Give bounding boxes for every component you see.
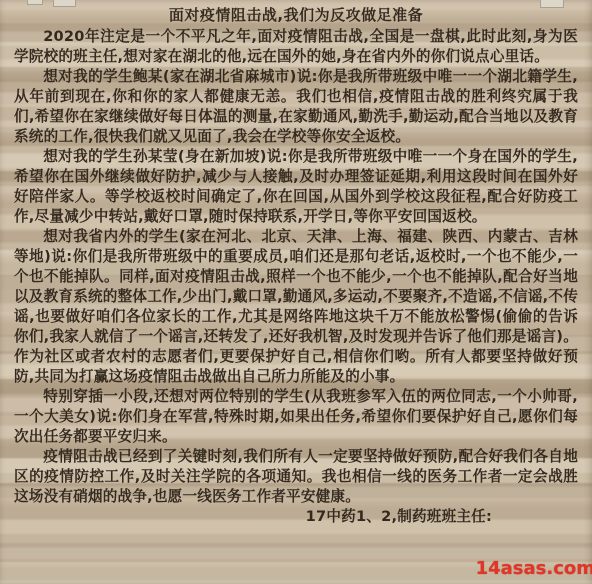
paragraph-closing: 疫情阻击战已经到了关键时刻,我们所有人一定要坚持做好预防,配合好我们各自地区的疫… xyxy=(14,447,578,507)
paragraph-students-military: 特别穿插一小段,还想对两位特别的学生(从我班参军入伍的两位同志,一个小帅哥,一个… xyxy=(14,387,578,447)
paragraph-student-singapore: 想对我的学生孙某莹(身在新加坡)说:你是我所带班级中唯一一个身在国外的学生,希望… xyxy=(14,147,578,227)
paragraph-student-hubei: 想对我的学生鲍某(家在湖北省麻城市)说:你是我所带班级中唯一一个湖北籍学生,从年… xyxy=(14,67,578,147)
paragraph-intro: 2020年注定是一个不平凡之年,面对疫情阻击战,全国是一盘棋,此时此刻,身为医学… xyxy=(14,27,578,67)
signature-text: 17中药1、2,制药班班主任: xyxy=(306,508,492,525)
page-edge-tab xyxy=(53,0,76,7)
paragraph-students-provinces: 想对我省内外的学生(家在河北、北京、天津、上海、福建、陕西、内蒙古、吉林等地)说… xyxy=(14,227,578,387)
scanned-letter-page: 面对疫情阻击战,我们为反攻做足准备 2020年注定是一个不平凡之年,面对疫情阻击… xyxy=(0,0,592,584)
document-title: 面对疫情阻击战,我们为反攻做足准备 xyxy=(14,5,578,25)
watermark-text: 14asas.com xyxy=(476,558,592,579)
signature-line: 17中药1、2,制药班班主任: xyxy=(14,507,578,527)
page-edge-tab xyxy=(540,0,564,8)
page-edge-tab xyxy=(27,0,43,5)
